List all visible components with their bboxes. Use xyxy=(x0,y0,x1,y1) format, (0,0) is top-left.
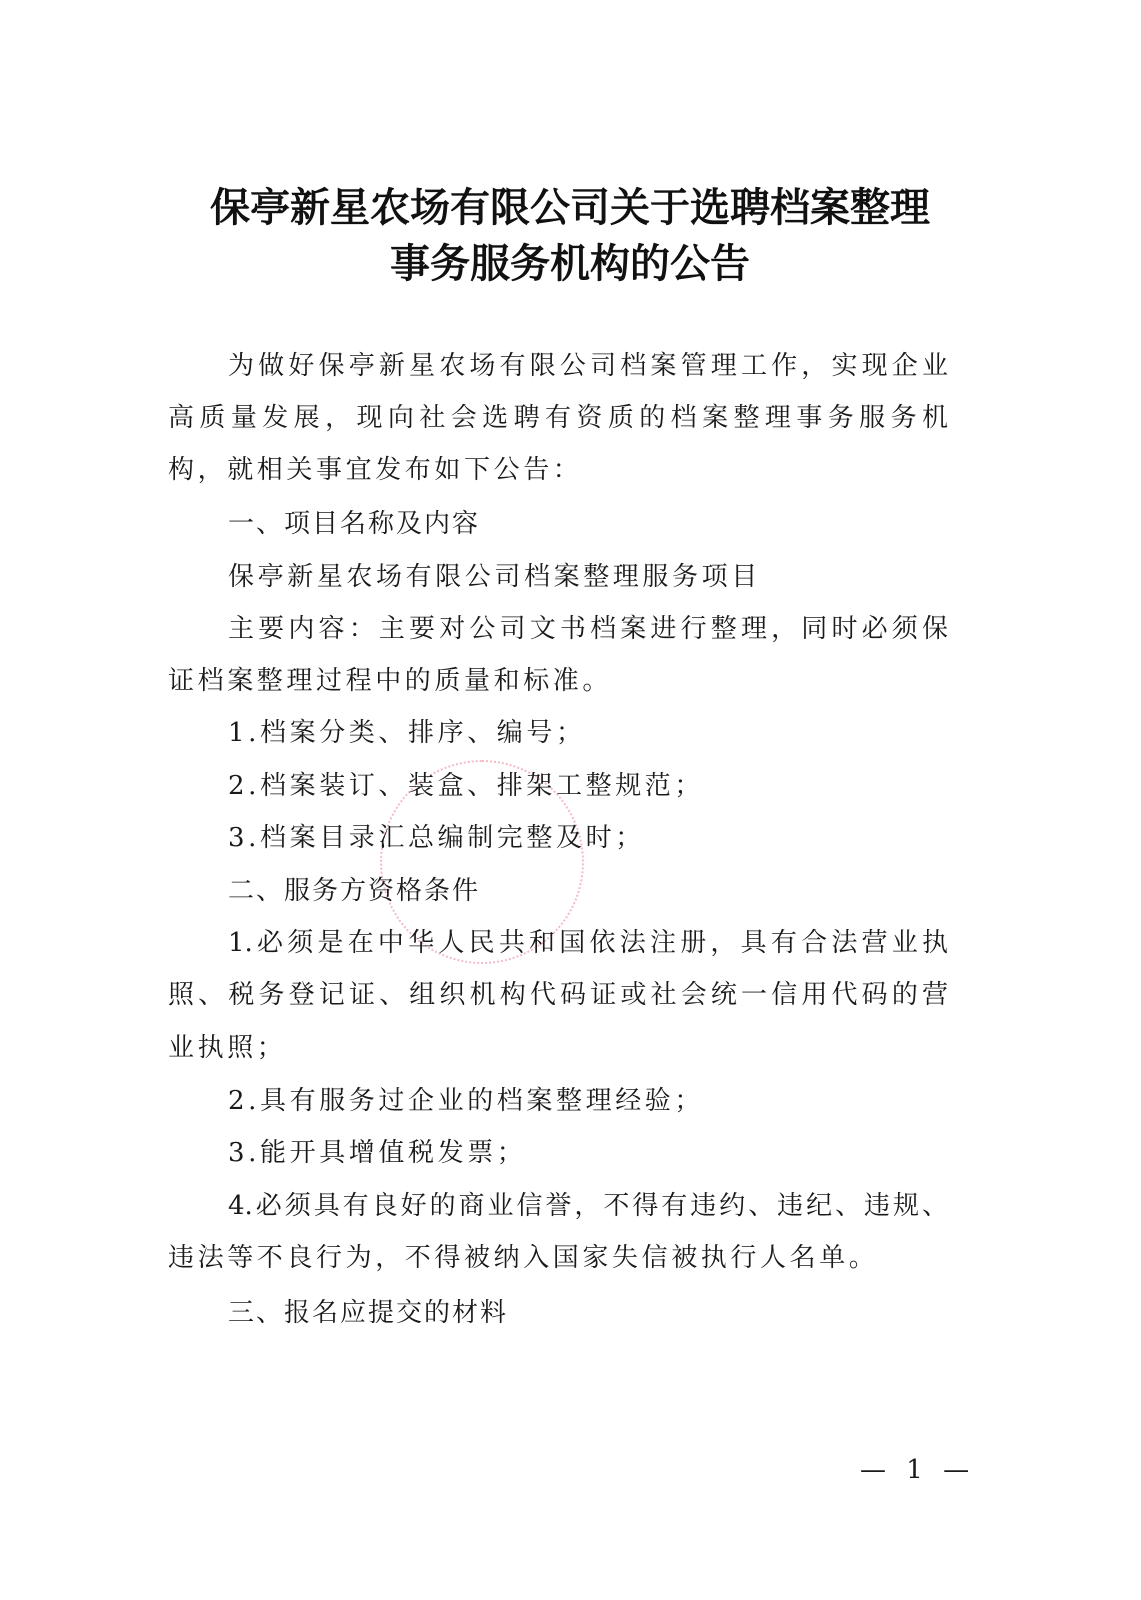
section2-item1-line-1: 1.必须是在中华人民共和国依法注册，具有合法营业执 xyxy=(228,922,948,959)
title-line-2: 事务服务机构的公告 xyxy=(150,236,990,292)
section1-item-2: 2.档案装订、装盒、排架工整规范； xyxy=(228,765,704,802)
section1-item-3: 3.档案目录汇总编制完整及时； xyxy=(228,817,645,854)
section2-heading: 二、服务方资格条件 xyxy=(228,870,480,907)
section1-heading: 一、项目名称及内容 xyxy=(228,503,480,540)
section2-item4-line-2: 违法等不良行为，不得被纳入国家失信被执行人名单。 xyxy=(168,1237,878,1274)
section2-item-2: 2.具有服务过企业的档案整理经验； xyxy=(228,1080,704,1117)
document-page: 保亭新星农场有限公司关于选聘档案整理 事务服务机构的公告 为做好保亭新星农场有限… xyxy=(0,0,1141,1600)
page-number: — 1 — xyxy=(860,1455,975,1485)
section2-item1-line-2: 照、税务登记证、组织机构代码证或社会统一信用代码的营 xyxy=(168,974,948,1011)
section3-heading: 三、报名应提交的材料 xyxy=(228,1292,508,1329)
intro-line-1: 为做好保亭新星农场有限公司档案管理工作，实现企业 xyxy=(228,345,948,382)
section2-item-3: 3.能开具增值税发票； xyxy=(228,1132,526,1169)
document-title: 保亭新星农场有限公司关于选聘档案整理 事务服务机构的公告 xyxy=(150,180,990,292)
section2-item4-line-1: 4.必须具有良好的商业信誉，不得有违约、违纪、违规、 xyxy=(228,1185,948,1222)
content-line-1: 主要内容：主要对公司文书档案进行整理，同时必须保 xyxy=(228,608,948,645)
section1-item-1: 1.档案分类、排序、编号； xyxy=(228,712,586,749)
section2-item1-line-3: 业执照； xyxy=(168,1027,286,1064)
content-line-2: 证档案整理过程中的质量和标准。 xyxy=(168,660,612,697)
title-line-1: 保亭新星农场有限公司关于选聘档案整理 xyxy=(150,180,990,236)
project-name: 保亭新星农场有限公司档案整理服务项目 xyxy=(228,556,761,593)
intro-line-3: 构，就相关事宜发布如下公告： xyxy=(168,449,582,486)
intro-line-2: 高质量发展，现向社会选聘有资质的档案整理事务服务机 xyxy=(168,397,948,434)
